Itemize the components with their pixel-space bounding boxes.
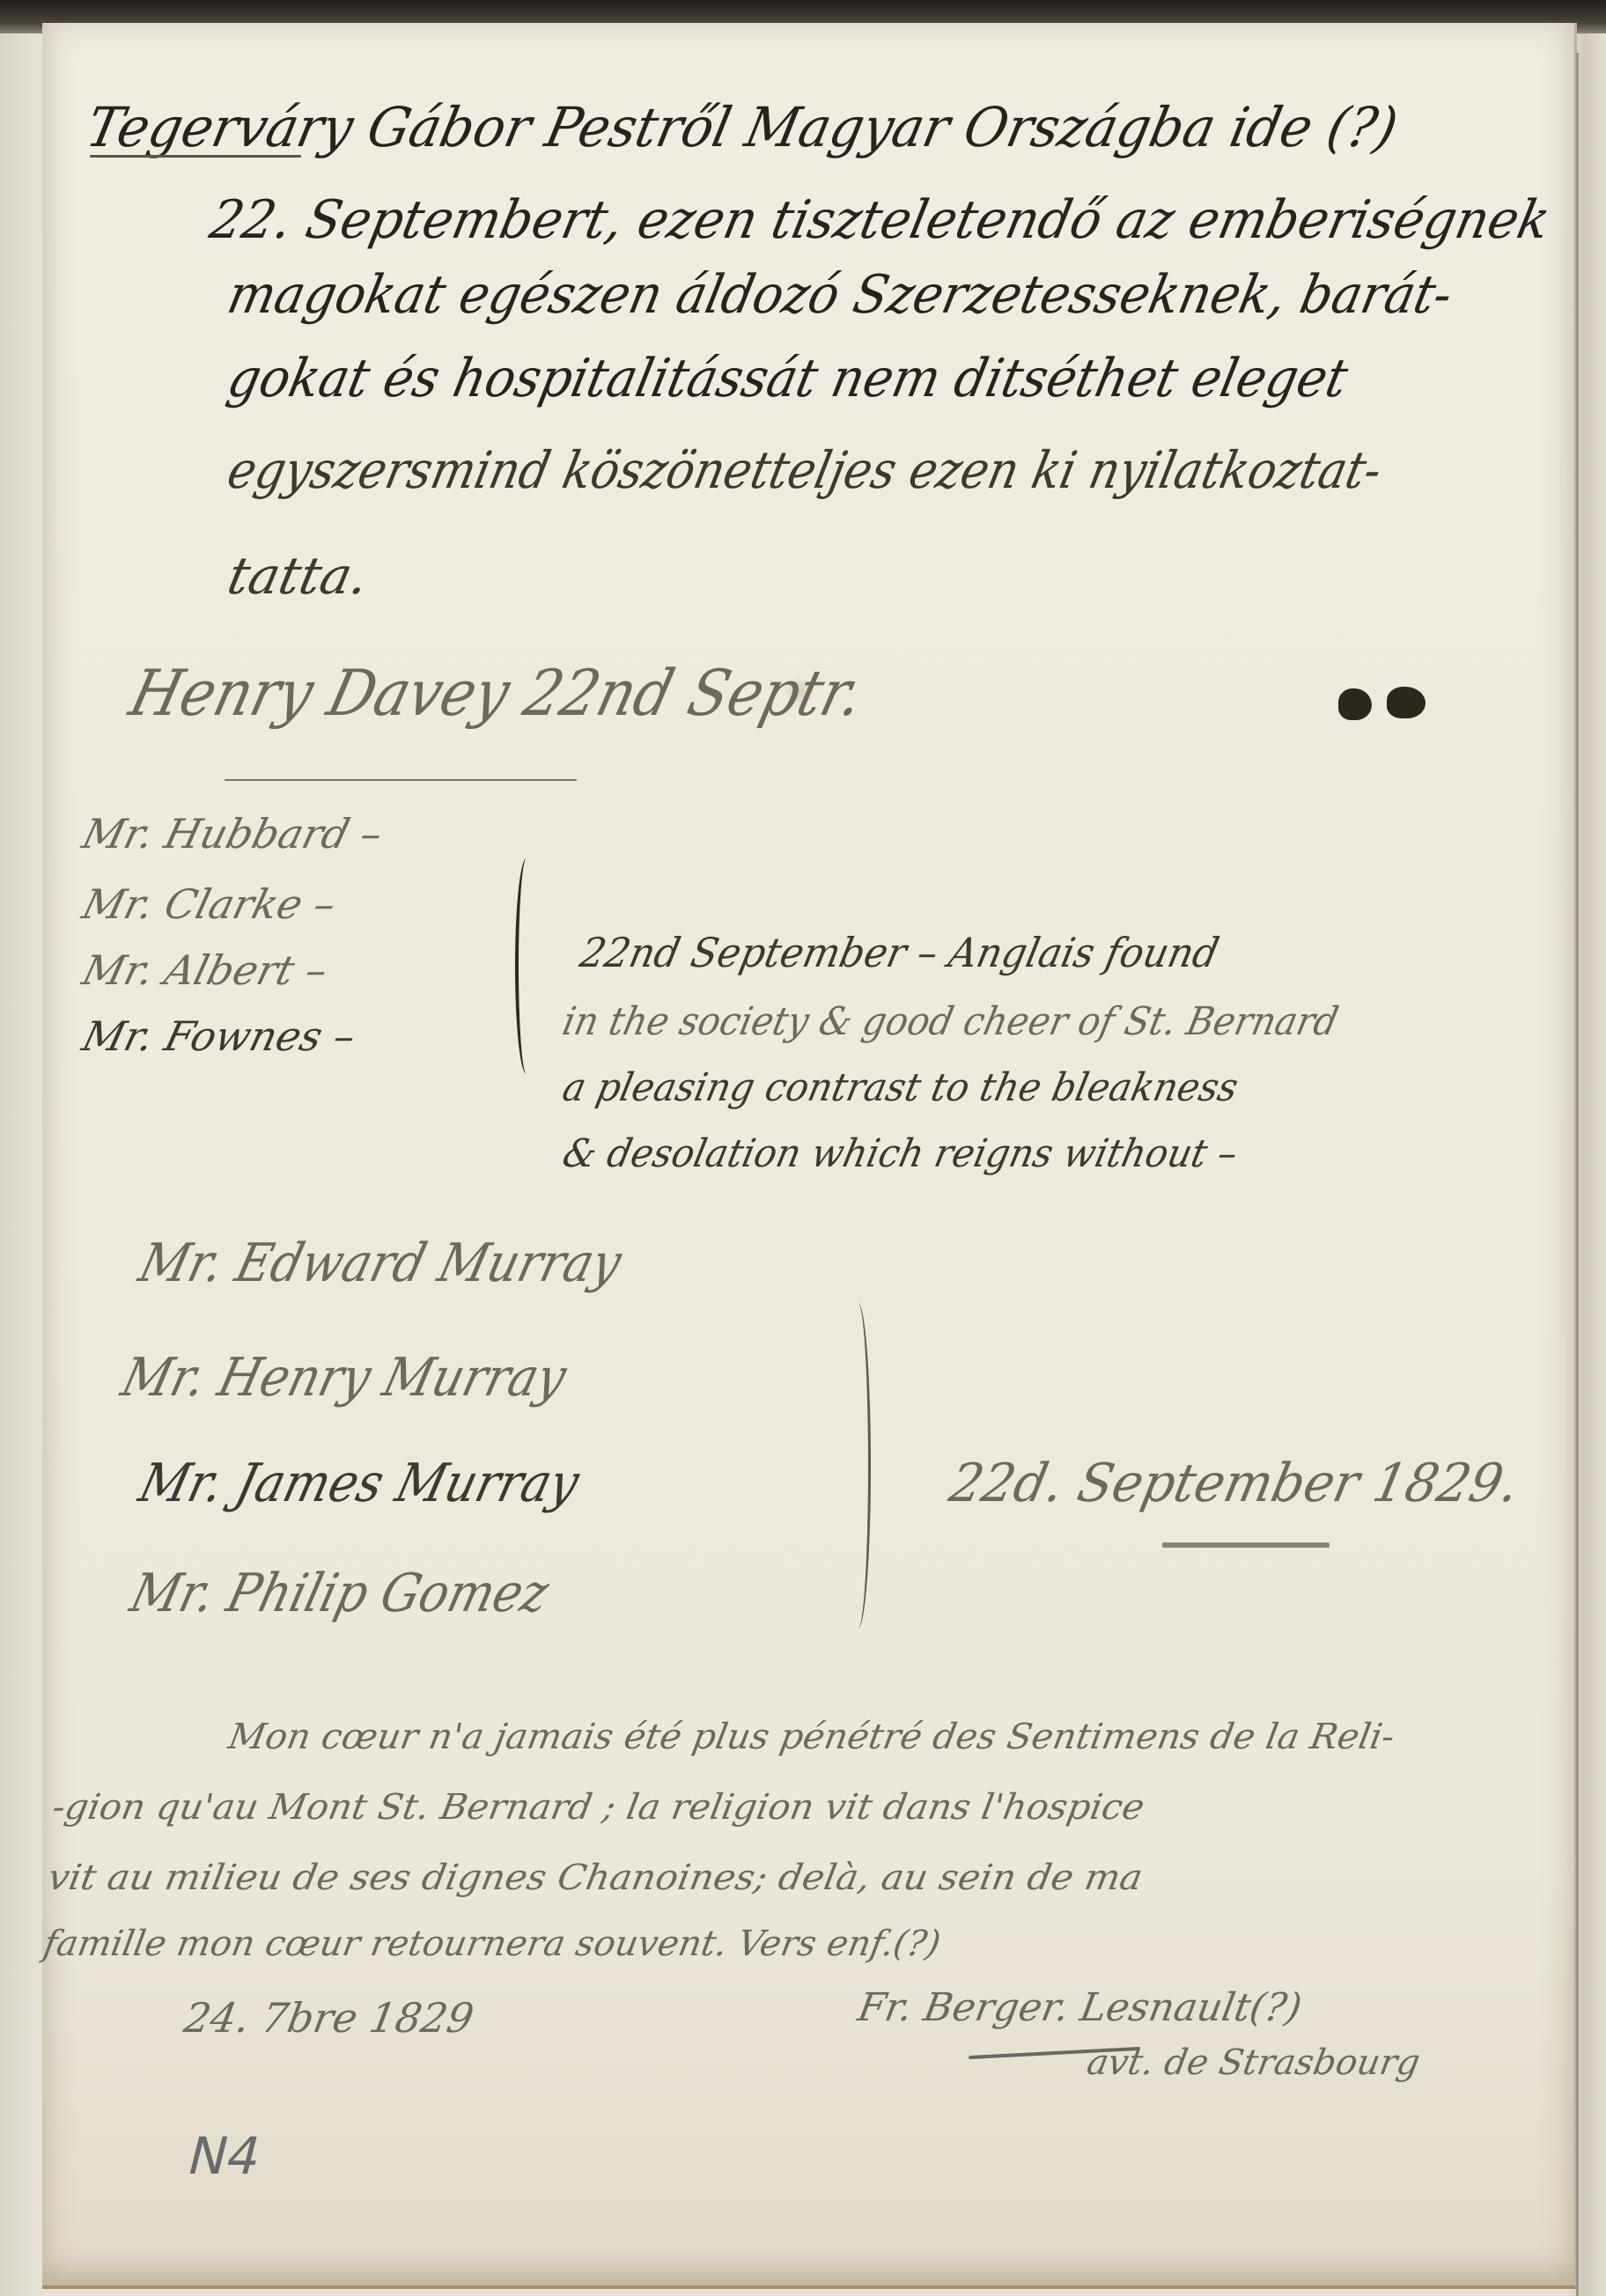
entry-line: magokat egészen áldozó Szerzetesseknek, … [223,264,1458,326]
party-name: Mr. James Murray [133,1453,585,1514]
note-line: a pleasing contrast to the bleakness [559,1065,1242,1110]
ink-blot [1338,688,1372,720]
underline [225,779,577,781]
signature: Fr. Berger. Lesnault(?) [855,1985,1306,2030]
grouping-brace [515,858,538,1074]
entry-date: 22d. September 1829. [945,1453,1525,1514]
note-line: in the society & good cheer of St. Berna… [559,999,1343,1044]
folio-number: N4 [182,2126,268,2186]
entry-line: egyszersmind köszönetteljes ezen ki nyil… [223,440,1388,500]
note-line: & desolation which reigns without – [559,1131,1241,1176]
underline [1162,1542,1330,1548]
entry-line: gokat és hospitalitássát nem ditséthet e… [223,348,1353,409]
entry-date: 24. 7bre 1829 [180,1994,477,2042]
party-name: Mr. Edward Murray [133,1233,627,1294]
page-edge-line [1576,53,1579,2296]
entry-line: vit au milieu de ses dignes Chanoines; d… [45,1858,1146,1898]
signature: Henry Davey 22nd Septr. [123,656,871,730]
note-line: 22nd September – Anglais found [576,929,1223,976]
entry-line: tatta. [223,546,374,606]
party-name: Mr. Clarke – [77,880,341,928]
grouping-brace [845,1303,871,1629]
party-name: Mr. Henry Murray [115,1347,572,1409]
party-name: Mr. Hubbard – [77,810,387,857]
entry-line: famille mon cœur retournera souvent. Ver… [41,1924,944,1964]
entry-line: -gion qu'au Mont St. Bernard ; la religi… [49,1787,1147,1828]
entry-line: Mon cœur n'a jamais été plus pénétré des… [225,1717,1397,1757]
underline [90,155,301,158]
signature-note: avt. de Strasbourg [1084,2042,1423,2083]
party-name: Mr. Albert – [77,946,332,994]
entry-line: 22. Septembert, ezen tiszteletendő az em… [205,189,1556,251]
party-name: Mr. Fownes – [77,1012,360,1060]
entry-line: Tegerváry Gábor Pestről Magyar Országba … [81,95,1403,159]
party-name: Mr. Philip Gomez [124,1563,555,1624]
ink-blot [1387,687,1426,718]
